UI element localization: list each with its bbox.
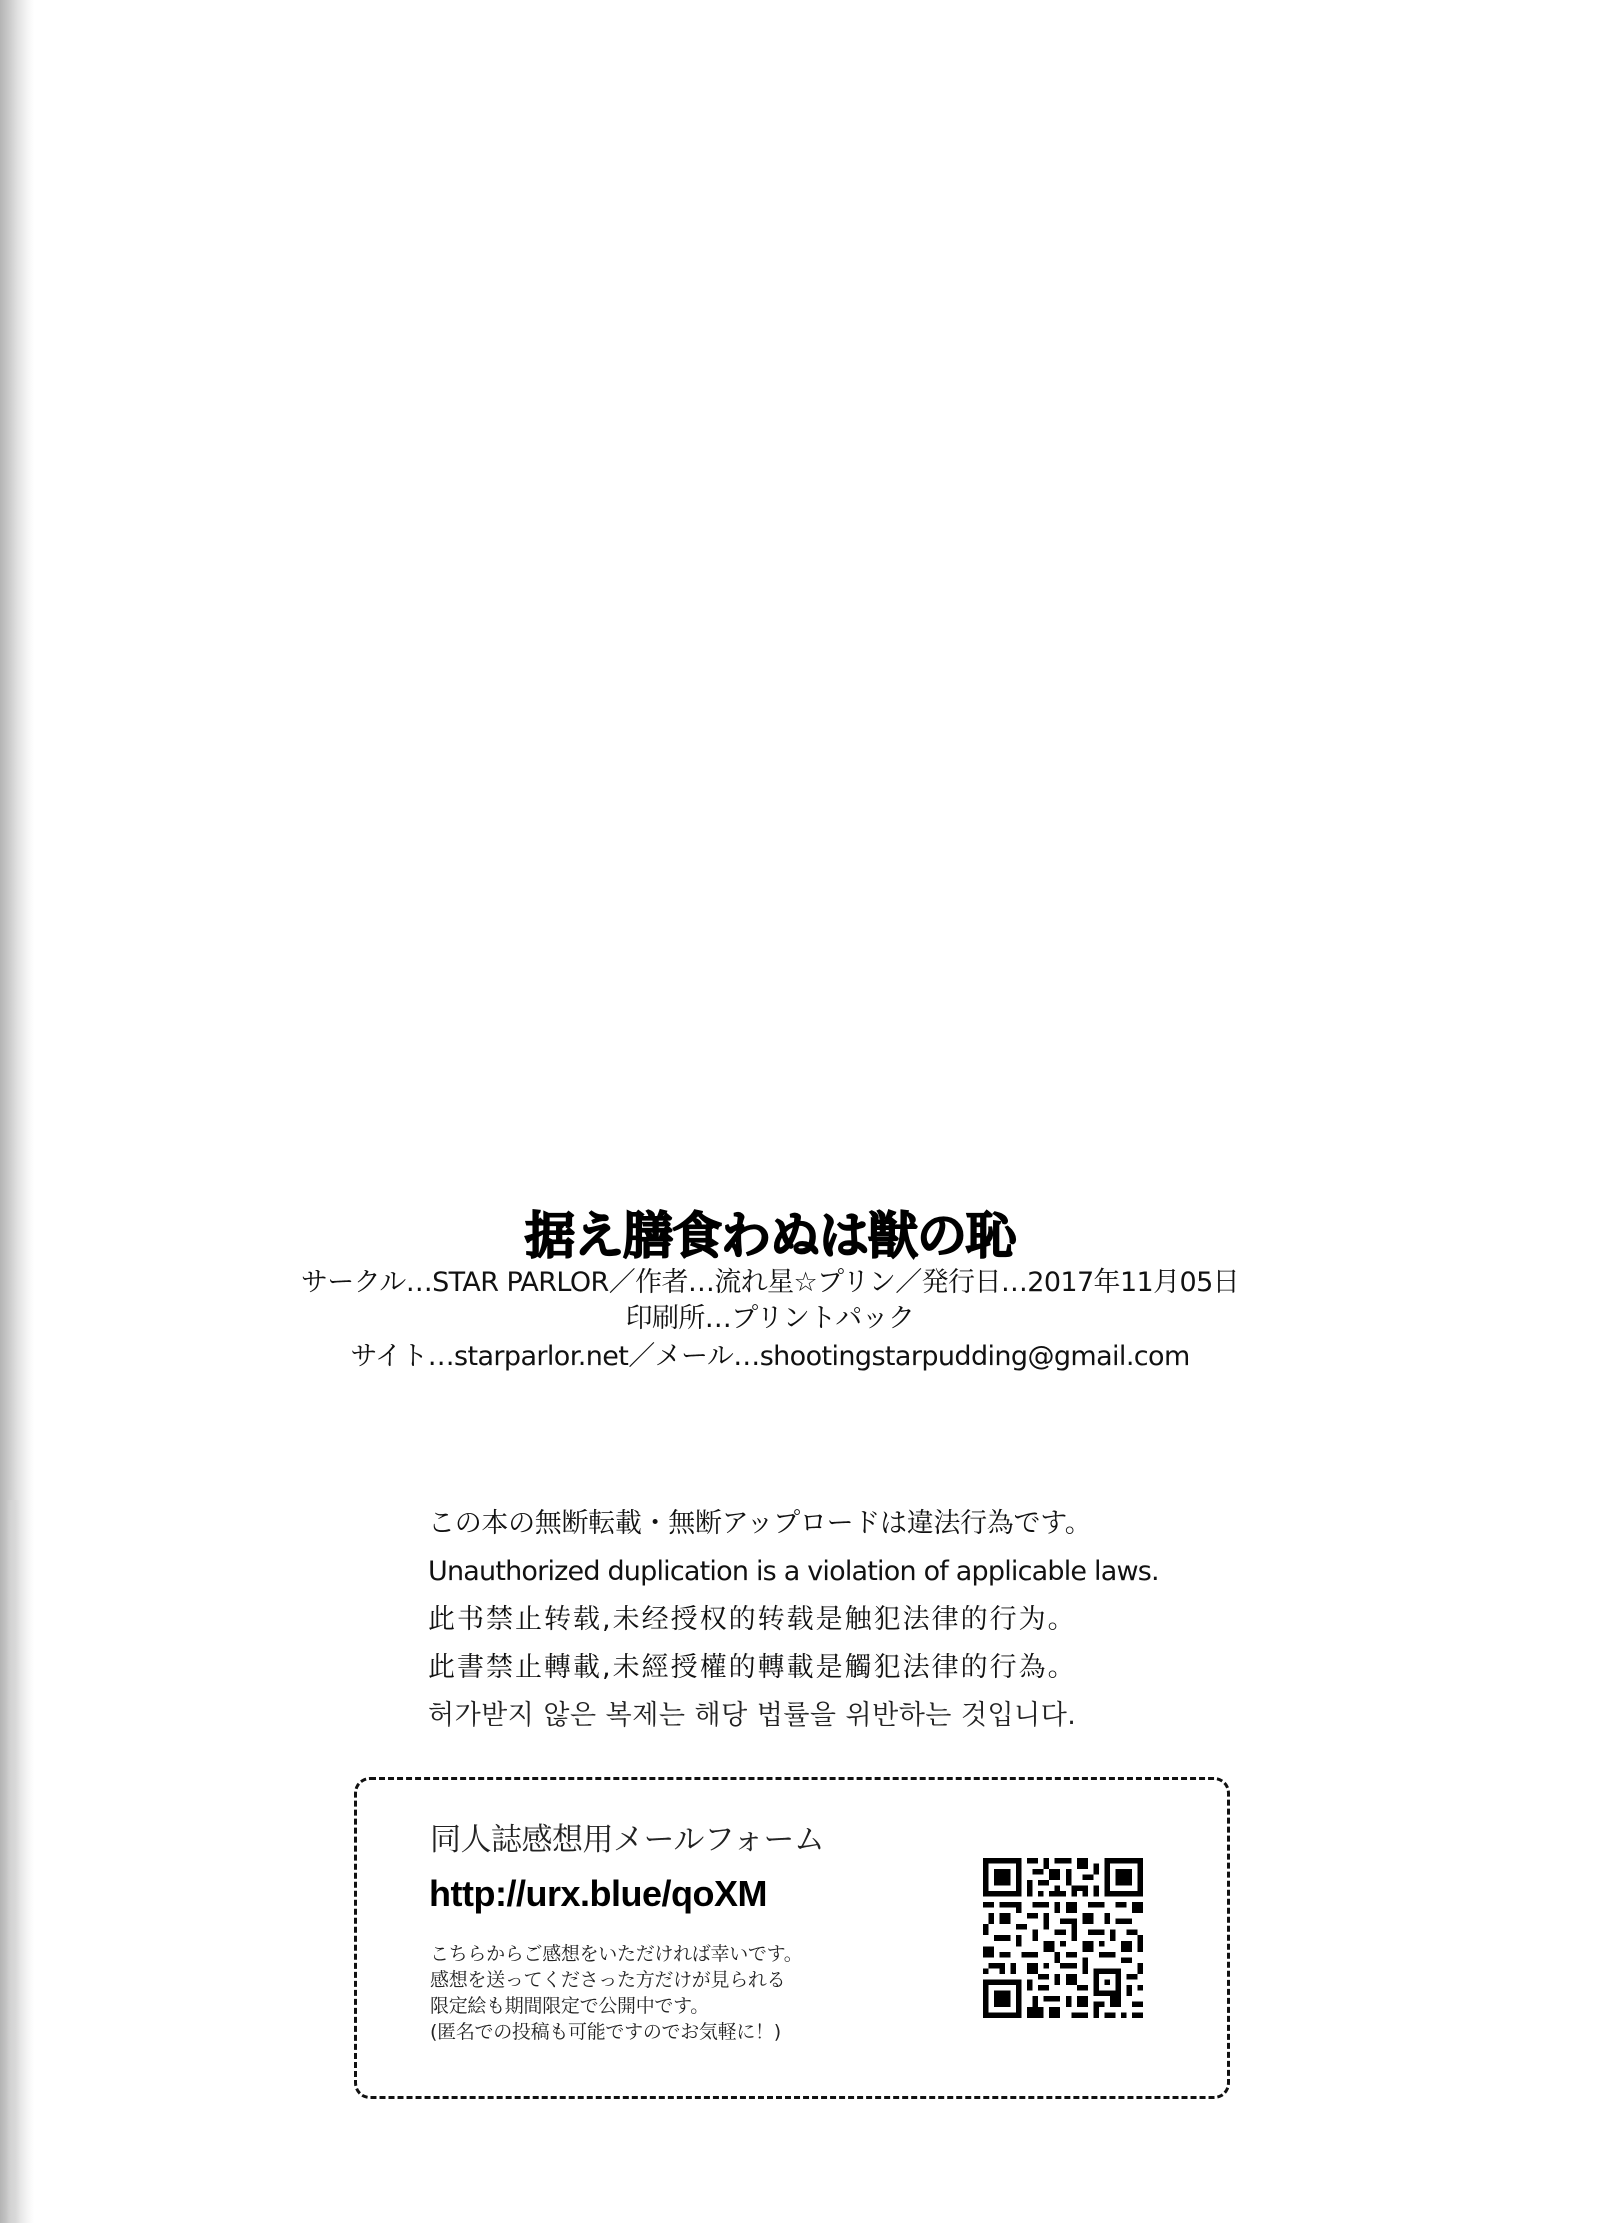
qr-code-icon[interactable] — [983, 1858, 1143, 2018]
book-title: 据え膳食わぬは獣の恥 — [0, 1205, 1540, 1267]
notice-english: Unauthorized duplication is a violation … — [428, 1548, 1168, 1596]
colophon: 据え膳食わぬは獣の恥 サークル…STAR PARLOR／作者…流れ星☆プリン／発… — [0, 1205, 1540, 1375]
copyright-notice: この本の無断転載・無断アップロードは違法行為です。 Unauthorized d… — [428, 1500, 1168, 1740]
feedback-heading: 同人誌感想用メールフォーム — [430, 1820, 824, 1860]
page-edge-shadow-lower — [6, 1500, 20, 2223]
notice-japanese: この本の無断転載・無断アップロードは違法行為です。 — [428, 1500, 1168, 1548]
feedback-body-line: 感想を送ってくださった方だけが見られる — [430, 1967, 950, 1993]
feedback-form-box: 同人誌感想用メールフォーム http://urx.blue/qoXM こちらから… — [354, 1777, 1230, 2099]
feedback-body-line: 限定絵も期間限定で公開中です。 — [430, 1993, 950, 2019]
colophon-printer-line: 印刷所…プリントパック — [0, 1301, 1540, 1337]
notice-chinese-traditional: 此書禁止轉載,未經授權的轉載是觸犯法律的行為。 — [428, 1644, 1168, 1692]
feedback-description: こちらからご感想をいただければ幸いです。 感想を送ってくださった方だけが見られる… — [430, 1941, 950, 2045]
feedback-url-link[interactable]: http://urx.blue/qoXM — [429, 1872, 767, 1916]
notice-chinese-simplified: 此书禁止转载,未经授权的转载是触犯法律的行为。 — [428, 1596, 1168, 1644]
feedback-body-line: (匿名での投稿も可能ですのでお気軽に！) — [430, 2019, 950, 2045]
colophon-credits-line: サークル…STAR PARLOR／作者…流れ星☆プリン／発行日…2017年11月… — [0, 1265, 1540, 1301]
colophon-contact-line: サイト…starparlor.net／メール…shootingstarpuddi… — [0, 1339, 1540, 1375]
feedback-body-line: こちらからご感想をいただければ幸いです。 — [430, 1941, 950, 1967]
notice-korean: 허가받지 않은 복제는 해당 법률을 위반하는 것입니다. — [428, 1692, 1168, 1740]
